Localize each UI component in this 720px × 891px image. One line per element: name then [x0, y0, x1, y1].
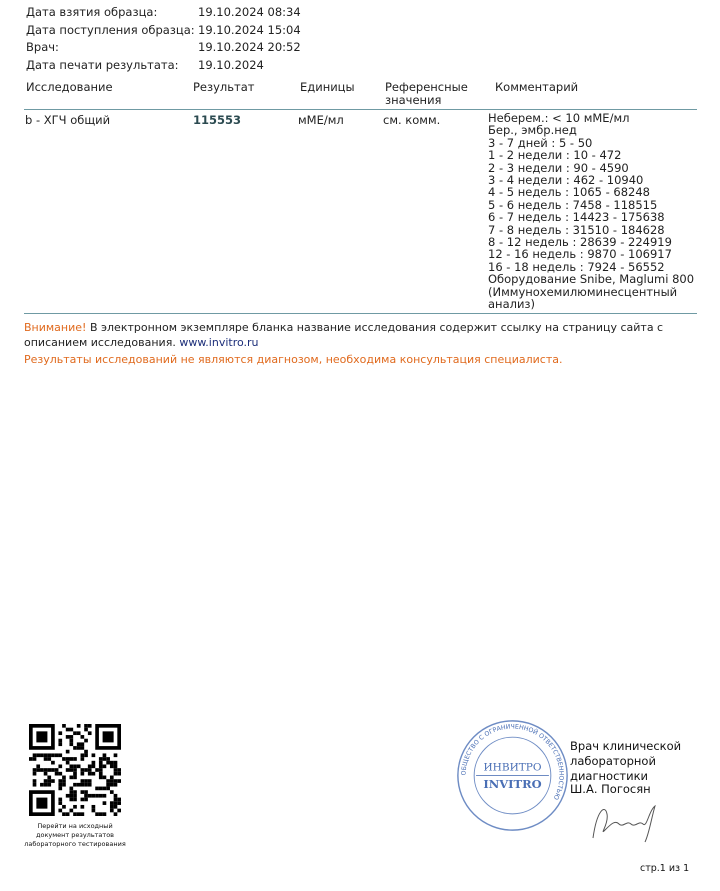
svg-text:ИНВИТРО: ИНВИТРО [483, 762, 541, 774]
meta-label: Дата поступления образца: [26, 22, 198, 40]
disclaimer: Результаты исследований не являются диаг… [24, 352, 704, 367]
meta-label: Дата взятия образца: [26, 4, 198, 22]
stamp-icon: ИНВИТРО INVITRO ОБЩЕСТВО С ОГРАНИЧЕННОЙ … [455, 718, 570, 833]
units-value: мМЕ/мл [298, 113, 344, 127]
header-divider [24, 109, 697, 110]
doctor-title-line: Врач клинической [570, 739, 720, 754]
meta-label: Дата печати результата: [26, 57, 198, 75]
comment-line: 6 - 7 недель : 14423 - 175638 [488, 211, 708, 223]
notice-text: Внимание! В электронном экземпляре бланк… [24, 320, 704, 350]
notice: Внимание! В электронном экземпляре бланк… [24, 320, 704, 367]
doctor-title-line: лабораторной диагностики [570, 754, 720, 784]
comment-line: 4 - 5 недель : 1065 - 68248 [488, 186, 708, 198]
page-number: стр.1 из 1 [640, 863, 689, 874]
meta-value: 19.10.2024 08:34 [198, 4, 301, 22]
qr-caption-line: документ результатов [20, 831, 130, 840]
header-test: Исследование [26, 81, 113, 94]
qr-caption-line: Перейти на исходный [20, 822, 130, 831]
comment-line: Оборудование Snibe, Maglumi 800 [488, 273, 708, 285]
qr-caption-line: лабораторного тестирования [20, 840, 130, 849]
header-units: Единицы [300, 81, 355, 94]
meta-row-doctor: Врач: 19.10.2024 20:52 [26, 39, 301, 57]
svg-text:INVITRO: INVITRO [483, 777, 541, 791]
header-reference-line2: значения [385, 94, 468, 107]
meta-row-collected: Дата взятия образца: 19.10.2024 08:34 [26, 4, 301, 22]
test-name-link[interactable]: b - ХГЧ общий [25, 113, 110, 127]
meta-label: Врач: [26, 39, 198, 57]
result-value: 115553 [193, 113, 241, 127]
comment-line: Бер., эмбр.нед [488, 124, 708, 136]
qr-caption: Перейти на исходный документ результатов… [20, 822, 130, 849]
header-result: Результат [193, 81, 255, 94]
header-comment: Комментарий [495, 81, 578, 94]
signature-icon [585, 800, 665, 845]
doctor-title: Врач клинической лабораторной диагностик… [570, 739, 720, 784]
meta-row-printed: Дата печати результата: 19.10.2024 [26, 57, 301, 75]
header-reference: Референсные значения [385, 81, 468, 107]
attention-label: Внимание! [24, 321, 86, 334]
reference-value: см. комм. [383, 113, 440, 127]
invitro-link[interactable]: www.invitro.ru [179, 336, 258, 349]
meta-value: 19.10.2024 15:04 [198, 22, 301, 40]
notice-body: В электронном экземпляре бланка название… [24, 321, 663, 349]
meta-value: 19.10.2024 [198, 57, 264, 75]
sample-meta: Дата взятия образца: 19.10.2024 08:34 Да… [26, 4, 301, 74]
comment-block: Неберем.: < 10 мМЕ/млБер., эмбр.нед3 - 7… [488, 112, 708, 311]
comment-line: 1 - 2 недели : 10 - 472 [488, 149, 708, 161]
qr-code-icon[interactable] [29, 724, 121, 816]
row-divider [24, 313, 697, 314]
comment-line: анализ) [488, 298, 708, 310]
doctor-name: Ш.А. Погосян [570, 782, 651, 796]
comment-line: 12 - 16 недель : 9870 - 106917 [488, 248, 708, 260]
meta-value: 19.10.2024 20:52 [198, 39, 301, 57]
meta-row-received: Дата поступления образца: 19.10.2024 15:… [26, 22, 301, 40]
